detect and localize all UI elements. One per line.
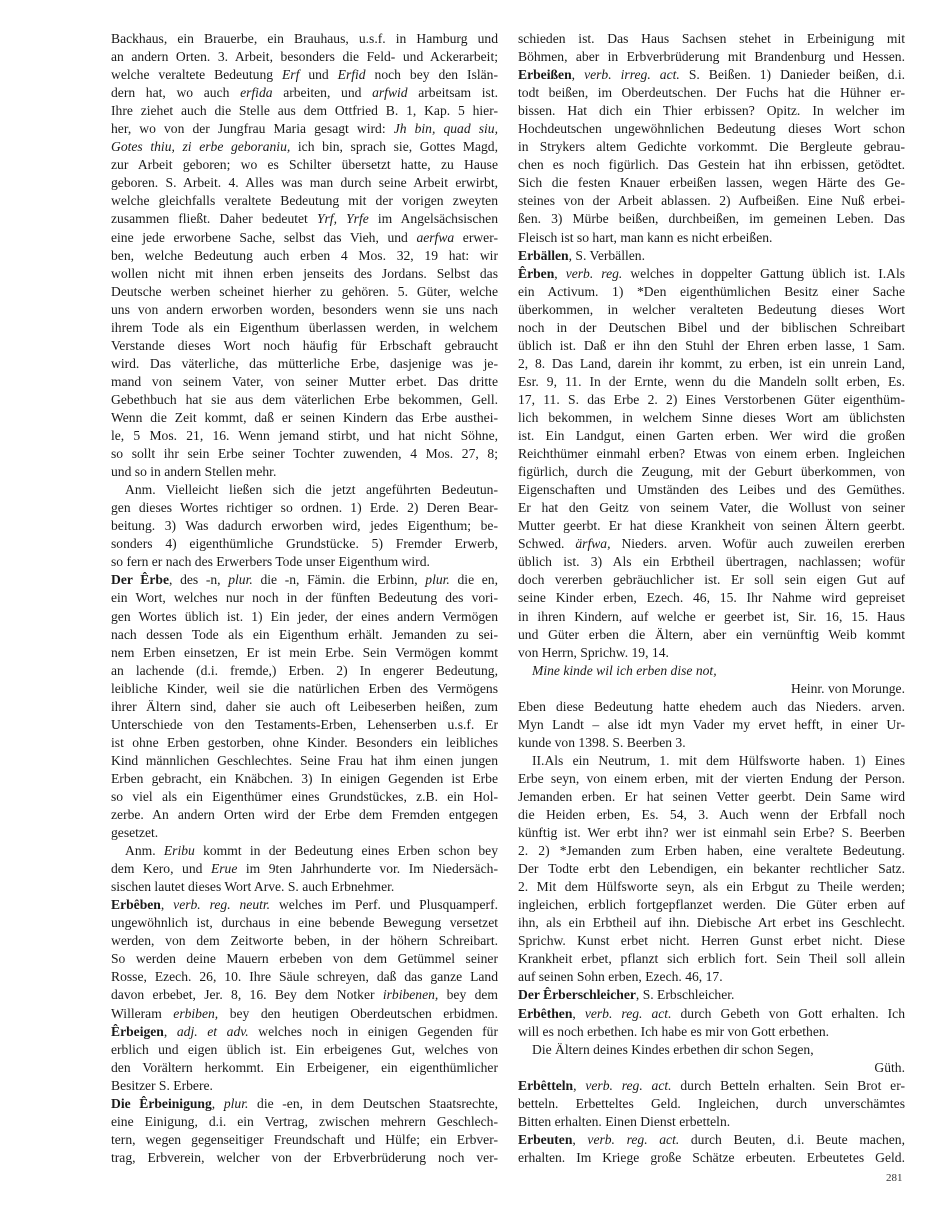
text-line: ein Wort, welches nur noch in der fünfte…	[111, 589, 498, 607]
text-line: von Herrn, Sprichw. 19, 14.	[518, 644, 905, 662]
text-line: gesetzet.	[111, 824, 498, 842]
text-line: dern hat, wo auch erfida arbeiten, und a…	[111, 84, 498, 102]
text-line: so fern er nach des Erwerbers Tode unser…	[111, 553, 498, 571]
text-line: So werden deine Mauern erbeben von dem G…	[111, 950, 498, 968]
text-line: Anm. Eribu kommt in der Bedeutung eines …	[111, 842, 498, 860]
text-line: Die Ältern deines Kindes erbethen dir sc…	[518, 1041, 905, 1059]
text-line: ßen. 3) Mürbe beißen, durchbeißen, im ge…	[518, 210, 905, 228]
text-line: ihrer Ältern sind, daher sie auch oft Le…	[111, 698, 498, 716]
text-line: Der Todte erbt den Lebendigen, ein bekan…	[518, 860, 905, 878]
text-line: Jemanden erben. Er hat seinen Vetter gee…	[518, 788, 905, 806]
text-line: Bitten erhalten. Einen Dienst erbetteln.	[518, 1113, 905, 1131]
text-line: Rosse, Ezech. 26, 10. Ihre Säule schreye…	[111, 968, 498, 986]
text-line: steines von der Arbeit ablassen. 2) Aufb…	[518, 192, 905, 210]
text-line: Erbêthen, verb. reg. act. durch Gebeth v…	[518, 1005, 905, 1023]
text-line: in Strykers altem Gedichte vorkommt. Die…	[518, 138, 905, 156]
text-line: Der Êrbe, des -n, plur. die -n, Fämin. d…	[111, 571, 498, 589]
text-line: kunde von 1398. S. Beerben 3.	[518, 734, 905, 752]
text-line: Sich die festen Knauer erbeißen lassen, …	[518, 174, 905, 192]
text-line: üblich ist. 3) Als ein Erbtheil übertrag…	[518, 553, 905, 571]
text-line: sischen lautet dieses Wort Arve. S. auch…	[111, 878, 498, 896]
text-line: her, wo von der Jungfrau Maria gesagt wi…	[111, 120, 498, 138]
text-line: chen es noch figürlich. Das Gestein hat …	[518, 156, 905, 174]
text-line: dem Kero, und Erue im 9ten Jahrhunderte …	[111, 860, 498, 878]
text-line: eine Einigung, d.i. ein Vertrag, zwische…	[111, 1113, 498, 1131]
text-line: Anm. Vielleicht ließen sich die jetzt an…	[111, 481, 498, 499]
text-line: erhalten. Im Kriege große Schätze erbeut…	[518, 1149, 905, 1167]
text-line: welche gleichfalls veraltete Bedeutung m…	[111, 192, 498, 210]
text-line: Erbêben, verb. reg. neutr. welches im Pe…	[111, 896, 498, 914]
text-line: lich bekommen, in welchem Sinne dieses W…	[518, 409, 905, 427]
text-line: Deutsche werben scheinet hierher zu gehö…	[111, 283, 498, 301]
text-line: an andern Orten. 3. Arbeit, besonders di…	[111, 48, 498, 66]
text-line: so viel als ein Eigenthümer eines Grunds…	[111, 788, 498, 806]
text-line: Der Êrberschleicher, S. Erbschleicher.	[518, 986, 905, 1004]
text-line: le, 5 Mos. 21, 16. Wenn jemand stirbt, u…	[111, 427, 498, 445]
text-line: und so in andern Stellen mehr.	[111, 463, 498, 481]
text-line: Mutter geerbt. Er hat diese Krankheit vo…	[518, 517, 905, 535]
text-line: 2. 2) *Jemanden zum Erben haben, eine ve…	[518, 842, 905, 860]
text-line: ist ohne Erben gestorben, ohne Kinder. B…	[111, 734, 498, 752]
text-line: ben, welche Bedeutung auch erben 4 Mos. …	[111, 247, 498, 265]
text-line: tern, wegen gegenseitiger Freundschaft u…	[111, 1131, 498, 1149]
text-line: Wenn die Zeit kommt, daß er seinen Kinde…	[111, 409, 498, 427]
text-line: Myn Landt – alse idt myn Vader my ervet …	[518, 716, 905, 734]
text-line: Ihre ziehet auch die Stelle aus dem Ottf…	[111, 102, 498, 120]
text-line: Hochdeutschen ungewöhnlichen Bedeutung d…	[518, 120, 905, 138]
text-line: Schwed. ärfwa, Nieders. arven. Wofür auc…	[518, 535, 905, 553]
text-line: sonders 4) eigenthümliche Grundstücke. 5…	[111, 535, 498, 553]
text-line: gen Wortes üblich ist. 1) Ein jeder, der…	[111, 608, 498, 626]
text-line: Eigenschaften und Umständen des Leibes u…	[518, 481, 905, 499]
text-line: ihrem Tode als ein Eigenthum überlassen …	[111, 319, 498, 337]
text-line: Böhmen, aber in Erbverbrüderung mit Bran…	[518, 48, 905, 66]
text-line: Backhaus, ein Brauerbe, ein Brauhaus, u.…	[111, 30, 498, 48]
text-line: Gotes thiu, zi erbe geboraniu, ich bin, …	[111, 138, 498, 156]
text-line: Erbe seyn, von einem erben, mit der vier…	[518, 770, 905, 788]
text-line: bissen. Hat dich ein Thier erbissen? Opi…	[518, 102, 905, 120]
text-line: Reichthümer einmahl erben? Etwas von ein…	[518, 445, 905, 463]
text-line: trag, Erbverein, welcher von der Erbverb…	[111, 1149, 498, 1167]
text-line: an lachende (d.i. fremde,) Erben. 2) In …	[111, 662, 498, 680]
text-line: künftig ist. Wer erbt ihn? wer ist einma…	[518, 824, 905, 842]
text-line: Erbeißen, verb. irreg. act. S. Beißen. 1…	[518, 66, 905, 84]
text-line: todt beißen, im Oberdeutschen. Der Fuchs…	[518, 84, 905, 102]
text-line: 17, 11. S. das Erbe 2. 2) Eines Verstorb…	[518, 391, 905, 409]
text-line: in ihren Kindern, auf welche er geerbet …	[518, 608, 905, 626]
text-line: leibliche Kinder, weil sie die natürlich…	[111, 680, 498, 698]
text-line: noch in der Deutschen Bibel und der bibl…	[518, 319, 905, 337]
text-line: Erbällen, S. Verbällen.	[518, 247, 905, 265]
text-line: überkommen, in welcher veralteten Bedeut…	[518, 301, 905, 319]
text-line: will es noch erbethen. Ich habe es mir v…	[518, 1023, 905, 1041]
text-line: mand von seinem Vater, von seiner Mutter…	[111, 373, 498, 391]
text-line: Kind männlichen Geschlechtes. Seine Frau…	[111, 752, 498, 770]
text-line: Güth.	[518, 1059, 905, 1077]
text-line: zerbe. An andern Orten wird der Erbe dem…	[111, 806, 498, 824]
text-line: Heinr. von Morunge.	[518, 680, 905, 698]
text-line: figürlich, durch die Zeugung, mit der Ge…	[518, 463, 905, 481]
text-line: Er hat den Geitz von seinem Vater, die W…	[518, 499, 905, 517]
text-line: wird. Das väterliche, das mütterliche Er…	[111, 355, 498, 373]
text-line: üblich ist. Daß er ihn den Stuhl der Ehr…	[518, 337, 905, 355]
text-line: so sollt ihr sein Erbe seiner Tochter zu…	[111, 445, 498, 463]
text-line: Êrbeigen, adj. et adv. welches noch in e…	[111, 1023, 498, 1041]
text-line: ihn, als ein Erbtheil auf ihn. Diebische…	[518, 914, 905, 932]
text-line: betteln. Erbetteltes Geld. Ingleichen, d…	[518, 1095, 905, 1113]
text-line: Willeram erbiben, bey den heutigen Oberd…	[111, 1005, 498, 1023]
text-line: Besitzer S. Erbere.	[111, 1077, 498, 1095]
text-line: ingleichen, erblich fortgepflanzet werde…	[518, 896, 905, 914]
text-line: auf seinen Sohn erben, Ezech. 46, 17.	[518, 968, 905, 986]
text-line: Mine kinde wil ich erben dise not,	[518, 662, 905, 680]
text-line: Krankheit erbet, pflanzt sich erblich fo…	[518, 950, 905, 968]
text-line: davon erbebet, Jer. 8, 16. Bey dem Notke…	[111, 986, 498, 1004]
text-line: die Heiden erben, Es. 54, 3. Auch wenn d…	[518, 806, 905, 824]
text-line: 2, 8. Das Land, darein ihr kommt, zu erb…	[518, 355, 905, 373]
text-line: 2. Mit dem Hülfsworte seyn, als ein Erbg…	[518, 878, 905, 896]
text-line: Erbeuten, verb. reg. act. durch Beuten, …	[518, 1131, 905, 1149]
text-line: eine jede erworbene Sache, selbst das Vi…	[111, 229, 498, 247]
text-line: ein Activum. 1) *Den eigenthümlichen Bes…	[518, 283, 905, 301]
text-line: erblich und eigen üblich ist. Ein erbeig…	[111, 1041, 498, 1059]
text-line: zur Arbeit geboren; wo es Schilter übers…	[111, 156, 498, 174]
text-line: seine Kinder erben, Ezech. 46, 15. Ihr N…	[518, 589, 905, 607]
text-line: II.Als ein Neutrum, 1. mit dem Hülfswort…	[518, 752, 905, 770]
text-line: gen dieses Wortes richtiger so ordnen. 1…	[111, 499, 498, 517]
text-line: geboren. S. Arbeit. 4. Alles was man dur…	[111, 174, 498, 192]
left-column: Backhaus, ein Brauerbe, ein Brauhaus, u.…	[111, 30, 498, 1167]
text-line: den Vorältern herkommt. Ein Erbeigener, …	[111, 1059, 498, 1077]
text-line: beitung. 3) Was dadurch erworben wird, j…	[111, 517, 498, 535]
text-line: Die Êrbeinigung, plur. die -en, in dem D…	[111, 1095, 498, 1113]
text-line: Eben diese Bedeutung hatte ehedem auch d…	[518, 698, 905, 716]
text-line: uns von andern erworben worden, besonder…	[111, 301, 498, 319]
text-line: doch vererben gebräuchlicher ist. Er sol…	[518, 571, 905, 589]
text-line: wollen nicht mit ihnen erben jenseits de…	[111, 265, 498, 283]
right-column: schieden ist. Das Haus Sachsen stehet in…	[518, 30, 905, 1167]
text-line: Sprichw. Kunst erbet nicht. Herren Gunst…	[518, 932, 905, 950]
text-line: Unterschiede von den Testaments-Erben, L…	[111, 716, 498, 734]
page-number: 281	[886, 1172, 903, 1184]
text-line: und Güter erben die Ältern, aber ein ver…	[518, 626, 905, 644]
text-line: ungewöhnlich ist, durchaus in eine beben…	[111, 914, 498, 932]
text-line: Esr. 9, 11. In der Ernte, wenn du die Ma…	[518, 373, 905, 391]
text-line: Êrben, verb. reg. welches in doppelter G…	[518, 265, 905, 283]
text-line: Fleisch ist so hart, man kann es nicht e…	[518, 229, 905, 247]
text-line: Gebethbuch hat sie aus dem väterlichen E…	[111, 391, 498, 409]
text-line: nem Erben einsetzen, Er ist mein Erbe. S…	[111, 644, 498, 662]
text-line: Verstande dieses Wort noch häufig für Er…	[111, 337, 498, 355]
text-line: Erben gebracht, ein Knäbchen. 3) In eini…	[111, 770, 498, 788]
text-line: schieden ist. Das Haus Sachsen stehet in…	[518, 30, 905, 48]
text-line: ist. Ein Landgut, einen Garten erben. We…	[518, 427, 905, 445]
text-line: welche veraltete Bedeutung Erf und Erfid…	[111, 66, 498, 84]
text-line: Erbêtteln, verb. reg. act. durch Betteln…	[518, 1077, 905, 1095]
text-line: nach dessen Tode als ein Eigenthum erhäl…	[111, 626, 498, 644]
text-line: zusammen fließt. Daher bedeutet Yrf, Yrf…	[111, 210, 498, 228]
text-line: werden, von dem Zeitworte beben, in der …	[111, 932, 498, 950]
